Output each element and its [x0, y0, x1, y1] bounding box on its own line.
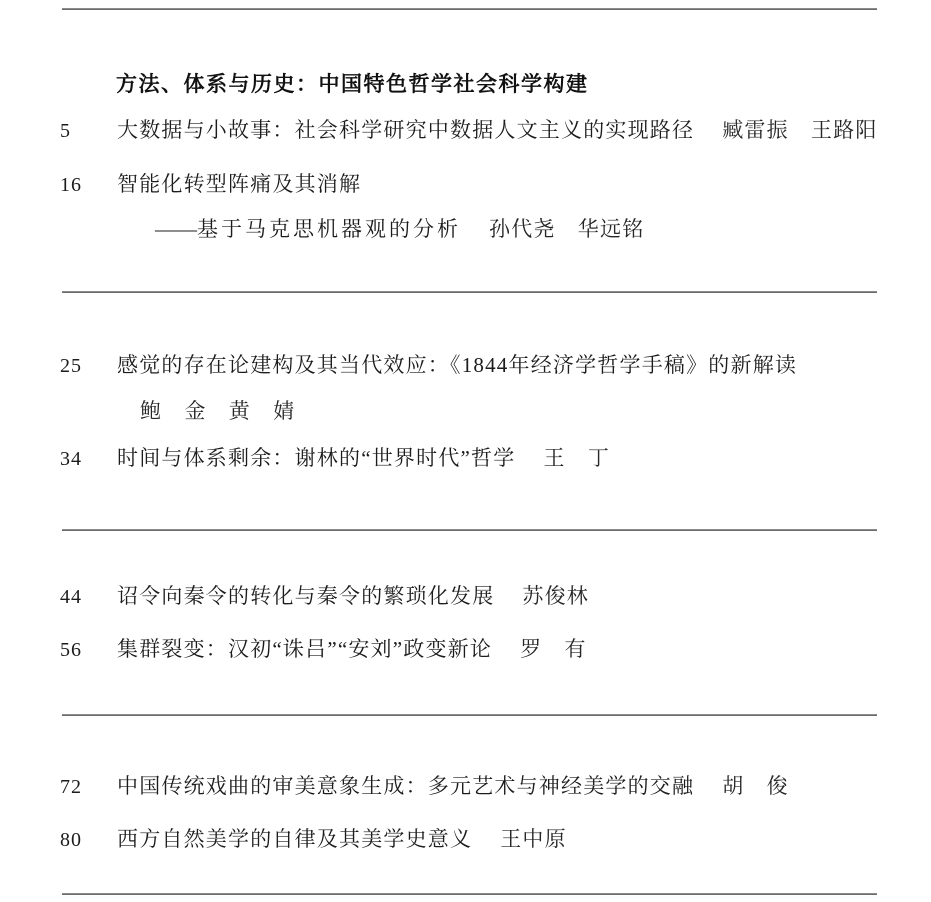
article-title: 西方自然美学的自律及其美学史意义	[117, 827, 472, 851]
article-authors: 苏俊林	[522, 584, 589, 608]
toc-entry-subtitle: ——基于马克思机器观的分析孙代尧 华远铭	[155, 217, 644, 241]
toc-entry: 16智能化转型阵痛及其消解	[60, 172, 361, 197]
article-title: 智能化转型阵痛及其消解	[117, 172, 361, 196]
article-title: 中国传统戏曲的审美意象生成：多元艺术与神经美学的交融	[117, 774, 694, 798]
toc-entry: 25感觉的存在论建构及其当代效应：《1844年经济学哲学手稿》的新解读	[60, 353, 797, 378]
page-number: 80	[60, 828, 117, 852]
toc-entry: 80西方自然美学的自律及其美学史意义王中原	[60, 827, 567, 852]
page-number: 5	[60, 119, 117, 143]
article-authors: 罗 有	[520, 637, 587, 661]
page-number: 56	[60, 638, 117, 662]
page-number: 25	[60, 354, 117, 378]
page-number: 16	[60, 173, 117, 197]
toc-entry: 44诏令向秦令的转化与秦令的繁琐化发展苏俊林	[60, 584, 589, 609]
toc-entry: 34时间与体系剩余：谢林的“世界时代”哲学王 丁	[60, 446, 610, 471]
section-divider	[62, 714, 877, 716]
toc-entry: 5大数据与小故事：社会科学研究中数据人文主义的实现路径臧雷振 王路阳	[60, 118, 878, 143]
section-divider	[62, 529, 877, 531]
journal-toc-page: 方法、体系与历史：中国特色哲学社会科学构建 5大数据与小故事：社会科学研究中数据…	[0, 0, 931, 902]
article-authors: 臧雷振 王路阳	[722, 118, 877, 142]
article-title: 时间与体系剩余：谢林的“世界时代”哲学	[117, 446, 515, 470]
article-title: 大数据与小故事：社会科学研究中数据人文主义的实现路径	[117, 118, 694, 142]
article-authors: 王中原	[500, 827, 567, 851]
page-number: 72	[60, 775, 117, 799]
article-authors: 胡 俊	[722, 774, 789, 798]
article-subtitle: 基于马克思机器观的分析	[197, 217, 461, 241]
toc-entry: 56集群裂变：汉初“诛吕”“安刘”政变新论罗 有	[60, 637, 587, 662]
toc-entry-authors-line: 鲍 金 黄 婧	[140, 399, 295, 423]
section-heading: 方法、体系与历史：中国特色哲学社会科学构建	[116, 73, 589, 97]
article-authors: 王 丁	[543, 446, 610, 470]
article-authors: 孙代尧 华远铭	[489, 217, 644, 241]
article-title: 集群裂变：汉初“诛吕”“安刘”政变新论	[117, 637, 492, 661]
em-dash: ——	[155, 217, 197, 241]
article-title: 感觉的存在论建构及其当代效应：《1844年经济学哲学手稿》的新解读	[117, 353, 797, 377]
article-authors: 鲍 金 黄 婧	[140, 399, 295, 423]
article-title: 诏令向秦令的转化与秦令的繁琐化发展	[117, 584, 494, 608]
page-number: 34	[60, 447, 117, 471]
page-number: 44	[60, 585, 117, 609]
section-divider-top	[62, 8, 877, 10]
section-divider-bottom	[62, 893, 877, 895]
section-divider	[62, 291, 877, 293]
toc-entry: 72中国传统戏曲的审美意象生成：多元艺术与神经美学的交融胡 俊	[60, 774, 789, 799]
